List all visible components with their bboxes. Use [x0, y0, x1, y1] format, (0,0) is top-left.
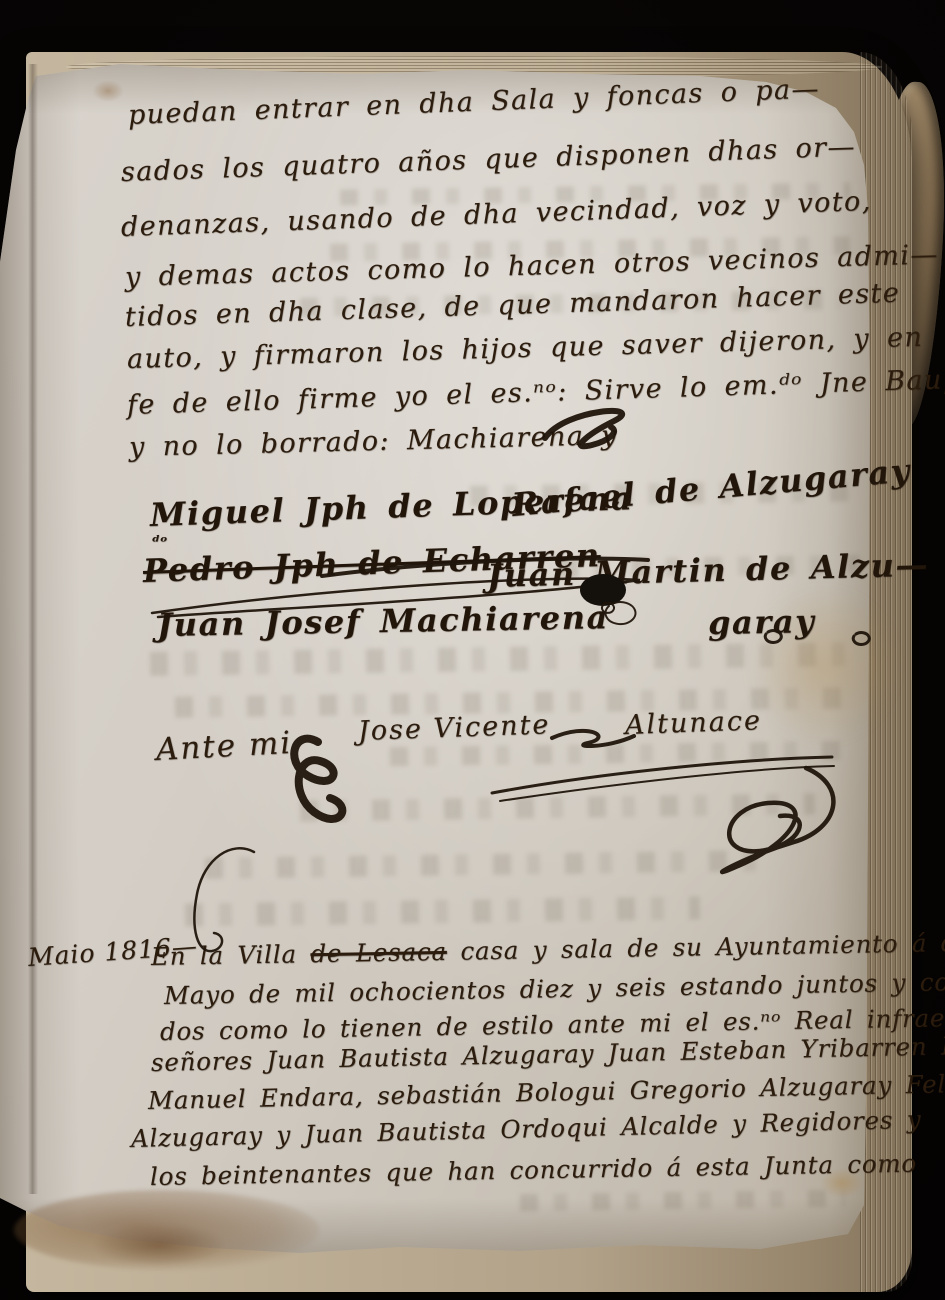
gutter-fold-line	[28, 64, 38, 1194]
entry-line1-pre: En la Villa	[151, 939, 311, 971]
testado-mark: ᵈᵒ	[152, 532, 167, 551]
signature-garay-continuation: garay	[708, 602, 816, 642]
entry-line1-struck-word: de Lesaca	[310, 937, 447, 968]
notary-surname: Altunace	[624, 705, 762, 741]
ante-mi-label: Ante mi	[155, 725, 293, 768]
signature-machiarena: Juan Josef Machiarena	[157, 598, 610, 644]
